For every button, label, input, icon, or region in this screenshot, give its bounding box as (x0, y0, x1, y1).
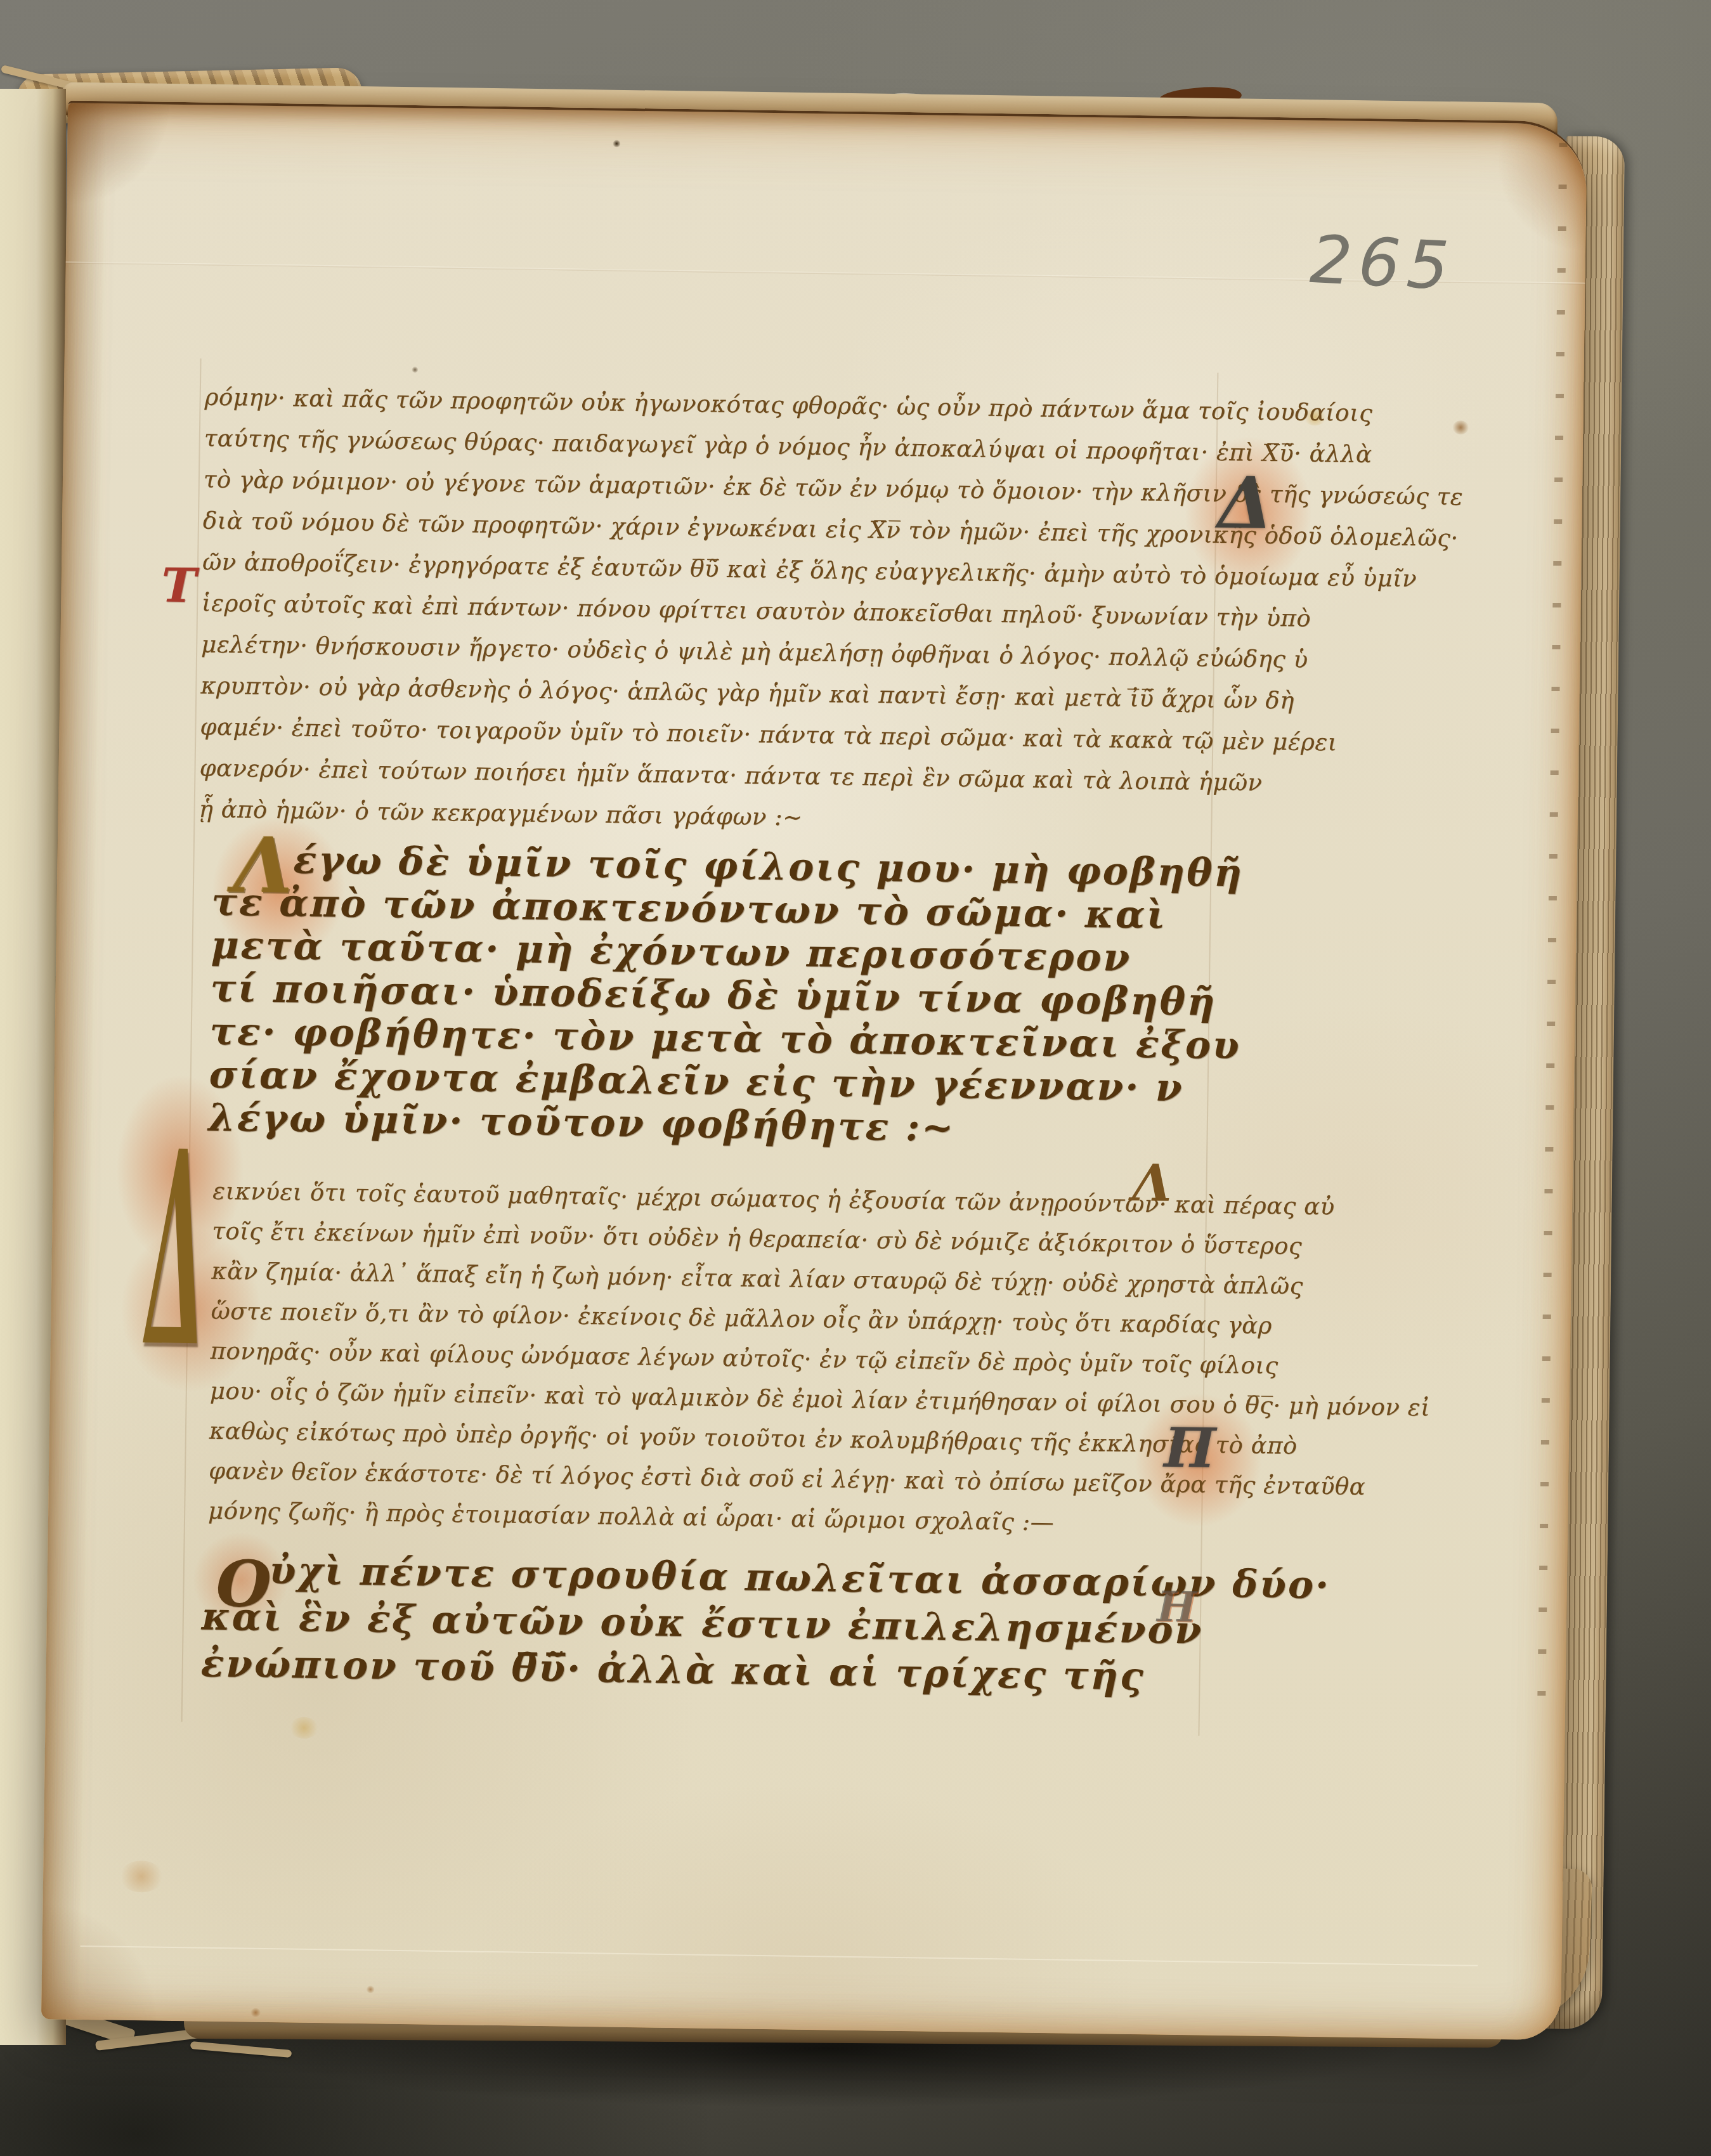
red-initial-tau: Τ (161, 559, 197, 614)
parchment-page: 265 Λ Τ Δ Ο Δ Λ Π Η ρόμην· καὶ πᾶς τῶν π… (41, 100, 1587, 2040)
margin-letter-delta: Δ (1218, 462, 1274, 545)
stain (367, 1985, 375, 1993)
stain (289, 1717, 318, 1739)
initial-omicron: Ο (216, 1546, 272, 1621)
margin-letter-lambda: Λ (1132, 1153, 1172, 1213)
stain (1452, 420, 1469, 434)
gold-initial-lambda: Λ (233, 821, 293, 911)
gospel-lemma-block-lower: ὐχὶ πέντε στρουθία πωλεῖται ἀσσαρίων δύο… (200, 1547, 1204, 1701)
commentary-block-upper: ρόμην· καὶ πᾶς τῶν προφητῶν οὐκ ἠγωνοκότ… (198, 376, 1226, 843)
pricking-marks (1537, 143, 1567, 1696)
stain (613, 140, 620, 147)
tall-initial-delta: Δ (145, 1093, 208, 1407)
stain (119, 1861, 164, 1893)
stain (250, 2008, 261, 2017)
margin-letter-pi: Π (1164, 1416, 1216, 1481)
gospel-lemma-block-upper: έγω δὲ ὑμῖν τοῖς φίλοις μου· μὴ φοβηθῆτε… (208, 838, 1214, 1153)
manuscript-photo: 265 Λ Τ Δ Ο Δ Λ Π Η ρόμην· καὶ πᾶς τῶν π… (0, 0, 1711, 2156)
margin-letter-eta: Η (1157, 1582, 1197, 1632)
commentary-block-lower: εικνύει ὅτι τοῖς ἑαυτοῦ μαθηταῖς· μέχρι … (208, 1171, 1215, 1545)
folio-number-pencil: 265 (1308, 221, 1457, 305)
stain (412, 367, 418, 373)
horizontal-crease (81, 1945, 1478, 1966)
